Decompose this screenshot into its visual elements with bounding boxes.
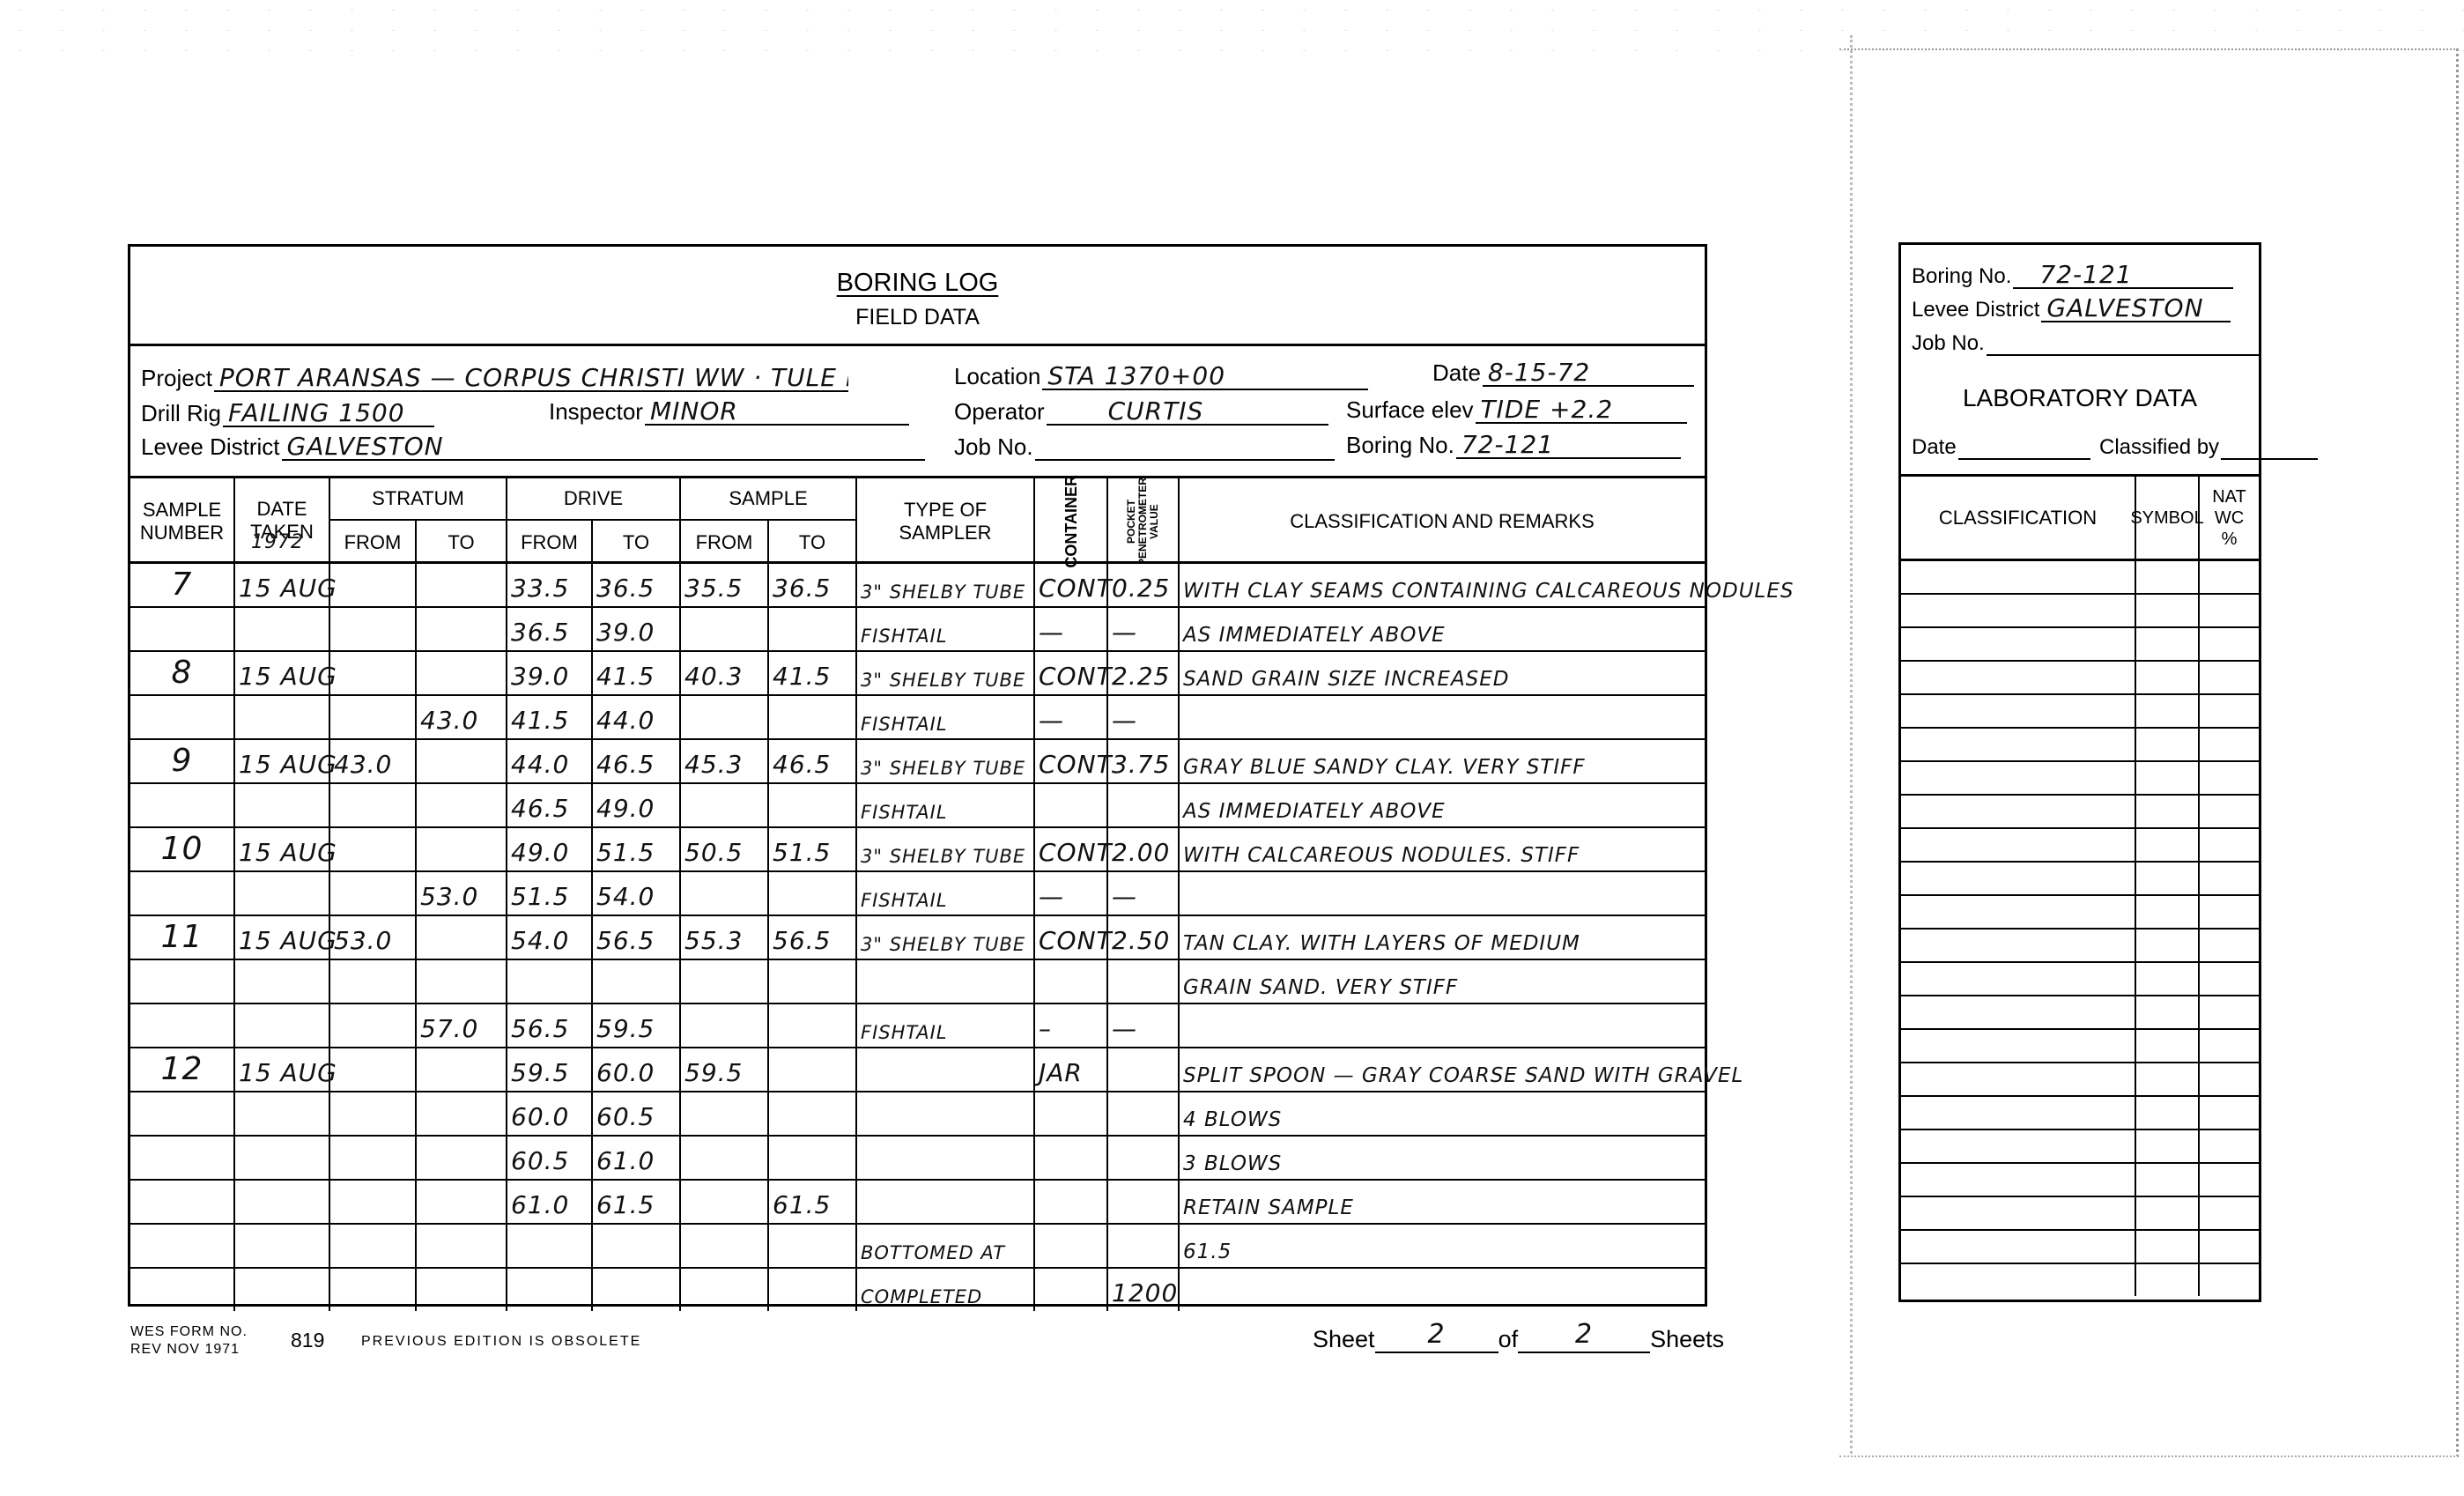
sampler-type-cell[interactable]: COMPLETED (857, 1269, 1035, 1311)
drive-to-cell[interactable]: 49.0 (593, 784, 681, 826)
boring-no-field: Boring No. 72-121 (1346, 431, 1681, 459)
sampler-type-cell[interactable]: FISHTAIL (857, 696, 1035, 738)
drive-to-cell[interactable]: 46.5 (593, 740, 681, 782)
lab-classification-cell[interactable] (1901, 1231, 2136, 1263)
drive-from-cell[interactable] (507, 1225, 593, 1267)
lab-classification-cell[interactable] (1901, 762, 2136, 794)
sample-from-cell[interactable] (681, 1225, 769, 1267)
remarks-cell[interactable]: TAN CLAY. WITH LAYERS OF MEDIUM (1180, 916, 1705, 959)
drive-to-cell[interactable]: 44.0 (593, 696, 681, 738)
lab-classification-cell[interactable] (1901, 1030, 2136, 1062)
boring-no-value[interactable]: 72-121 (1456, 431, 1681, 459)
stratum-to-cell[interactable] (417, 564, 507, 606)
date-taken-cell[interactable] (235, 1269, 330, 1311)
sampler-type-cell[interactable]: 3" SHELBY TUBE (857, 652, 1035, 694)
lab-classification-cell[interactable] (1901, 1130, 2136, 1162)
stratum-to-cell[interactable] (417, 608, 507, 650)
lab-symbol-cell[interactable] (2136, 662, 2200, 693)
sample-from-cell[interactable] (681, 1269, 769, 1311)
lab-symbol-cell[interactable] (2136, 1231, 2200, 1263)
lab-nat-wc-cell[interactable] (2200, 1130, 2259, 1162)
container-cell[interactable] (1035, 1269, 1108, 1311)
lab-classification-cell[interactable] (1901, 1164, 2136, 1196)
container-cell[interactable]: — (1035, 872, 1108, 915)
container-cell[interactable] (1035, 1137, 1108, 1179)
container-cell[interactable]: – (1035, 1004, 1108, 1047)
sample-to-cell[interactable] (769, 1048, 857, 1091)
sample-to-cell[interactable] (769, 784, 857, 826)
lab-nat-wc-cell[interactable] (2200, 762, 2259, 794)
stratum-from-cell[interactable] (330, 872, 417, 915)
remarks-cell[interactable]: 4 BLOWS (1180, 1092, 1705, 1135)
levee-district-value[interactable]: GALVESTON (282, 433, 925, 461)
stratum-to-cell[interactable] (417, 1181, 507, 1223)
lab-classification-cell[interactable] (1901, 729, 2136, 760)
sample-number-cell[interactable] (130, 1269, 235, 1311)
lab-nat-wc-cell[interactable] (2200, 561, 2259, 593)
stratum-to-cell[interactable] (417, 960, 507, 1003)
drive-to-cell[interactable]: 41.5 (593, 652, 681, 694)
drive-to-cell[interactable]: 51.5 (593, 828, 681, 870)
sample-to-cell[interactable]: 36.5 (769, 564, 857, 606)
stratum-to-cell[interactable] (417, 1225, 507, 1267)
lab-classification-cell[interactable] (1901, 1063, 2136, 1095)
lab-nat-wc-cell[interactable] (2200, 863, 2259, 894)
sample-number-cell[interactable] (130, 960, 235, 1003)
sample-to-cell[interactable] (769, 1225, 857, 1267)
stratum-from-cell[interactable] (330, 1269, 417, 1311)
container-cell[interactable]: — (1035, 608, 1108, 650)
lab-nat-wc-cell[interactable] (2200, 1231, 2259, 1263)
sampler-type-cell[interactable] (857, 1048, 1035, 1091)
operator-value[interactable]: CURTIS (1047, 397, 1328, 426)
remarks-cell[interactable]: GRAIN SAND. VERY STIFF (1180, 960, 1705, 1003)
remarks-cell[interactable] (1180, 1269, 1705, 1311)
container-cell[interactable] (1035, 1092, 1108, 1135)
drive-from-cell[interactable]: 49.0 (507, 828, 593, 870)
sampler-type-cell[interactable] (857, 960, 1035, 1003)
sampler-type-cell[interactable]: 3" SHELBY TUBE (857, 564, 1035, 606)
lab-classification-cell[interactable] (1901, 595, 2136, 626)
stratum-to-cell[interactable] (417, 828, 507, 870)
date-value[interactable]: 8-15-72 (1483, 359, 1694, 387)
project-value[interactable]: PORT ARANSAS — CORPUS CHRISTI WW · TULE … (214, 364, 848, 392)
drive-from-cell[interactable] (507, 1269, 593, 1311)
table-row: 61.061.561.5RETAIN SAMPLE (130, 1181, 1705, 1225)
drive-from-cell[interactable]: 56.5 (507, 1004, 593, 1047)
stratum-to-cell[interactable] (417, 1137, 507, 1179)
lab-symbol-cell[interactable] (2136, 896, 2200, 928)
sampler-type-cell[interactable]: FISHTAIL (857, 1004, 1035, 1047)
sample-to-cell[interactable] (769, 696, 857, 738)
drive-from-cell[interactable] (507, 960, 593, 1003)
sample-from-cell[interactable]: 59.5 (681, 1048, 769, 1091)
lab-symbol-cell[interactable] (2136, 695, 2200, 727)
lab-nat-wc-cell[interactable] (2200, 996, 2259, 1028)
drill-rig-value[interactable]: FAILING 1500 (223, 399, 434, 427)
boring-log-form: BORING LOG FIELD DATA Project PORT ARANS… (128, 244, 1707, 1307)
penetrometer-cell[interactable]: — (1108, 872, 1180, 915)
date-taken-cell[interactable] (235, 1092, 330, 1135)
lab-symbol-cell[interactable] (2136, 829, 2200, 861)
penetrometer-cell[interactable] (1108, 1137, 1180, 1179)
inspector-field: Inspector MINOR (549, 397, 909, 426)
container-cell[interactable]: CONT (1035, 652, 1108, 694)
stratum-to-cell[interactable] (417, 1092, 507, 1135)
sampler-type-cell[interactable] (857, 1137, 1035, 1179)
lab-symbol-cell[interactable] (2136, 1164, 2200, 1196)
lab-table-row (1901, 595, 2259, 628)
drive-to-cell[interactable]: 61.0 (593, 1137, 681, 1179)
stratum-from-cell[interactable] (330, 1048, 417, 1091)
lab-symbol-cell[interactable] (2136, 796, 2200, 827)
surface-elev-field: Surface elev TIDE +2.2 (1346, 396, 1687, 424)
penetrometer-cell[interactable]: 3.75 (1108, 740, 1180, 782)
sample-from-cell[interactable] (681, 784, 769, 826)
sample-number-cell[interactable]: 10 (130, 828, 235, 870)
lab-classification-cell[interactable] (1901, 963, 2136, 995)
sheet-number[interactable]: 2 (1375, 1322, 1498, 1353)
drive-from-cell[interactable]: 36.5 (507, 608, 593, 650)
drive-from-cell[interactable]: 60.0 (507, 1092, 593, 1135)
sample-number-cell[interactable]: 9 (130, 740, 235, 782)
date-taken-cell[interactable] (235, 784, 330, 826)
sample-to-cell[interactable] (769, 872, 857, 915)
remarks-cell[interactable] (1180, 696, 1705, 738)
lab-classified-by-value[interactable] (2221, 432, 2318, 460)
sample-from-cell[interactable]: 50.5 (681, 828, 769, 870)
lab-nat-wc-cell[interactable] (2200, 595, 2259, 626)
lab-classification-cell[interactable] (1901, 863, 2136, 894)
penetrometer-cell[interactable]: 2.50 (1108, 916, 1180, 959)
penetrometer-cell[interactable]: — (1108, 696, 1180, 738)
container-cell[interactable]: — (1035, 696, 1108, 738)
lab-col-symbol: SYMBOL (2136, 477, 2200, 559)
sample-from-cell[interactable] (681, 960, 769, 1003)
sampler-type-cell[interactable] (857, 1181, 1035, 1223)
sampler-type-cell[interactable]: 3" SHELBY TUBE (857, 740, 1035, 782)
penetrometer-cell[interactable] (1108, 1048, 1180, 1091)
lab-classification-cell[interactable] (1901, 896, 2136, 928)
lab-nat-wc-cell[interactable] (2200, 929, 2259, 961)
sample-number-cell[interactable]: 7 (130, 564, 235, 606)
penetrometer-cell[interactable]: 2.25 (1108, 652, 1180, 694)
stratum-from-cell[interactable] (330, 564, 417, 606)
date-taken-cell[interactable] (235, 608, 330, 650)
lab-symbol-cell[interactable] (2136, 929, 2200, 961)
sample-from-cell[interactable]: 55.3 (681, 916, 769, 959)
lab-symbol-cell[interactable] (2136, 1063, 2200, 1095)
lab-nat-wc-cell[interactable] (2200, 1264, 2259, 1296)
drive-to-cell[interactable]: 61.5 (593, 1181, 681, 1223)
container-cell[interactable]: CONT (1035, 740, 1108, 782)
sampler-type-cell[interactable]: FISHTAIL (857, 872, 1035, 915)
sample-to-cell[interactable] (769, 1269, 857, 1311)
stratum-from-cell[interactable] (330, 1004, 417, 1047)
container-cell[interactable] (1035, 1225, 1108, 1267)
container-cell[interactable] (1035, 784, 1108, 826)
lab-symbol-cell[interactable] (2136, 595, 2200, 626)
drive-from-cell[interactable]: 54.0 (507, 916, 593, 959)
sample-to-cell[interactable]: 41.5 (769, 652, 857, 694)
drive-to-cell[interactable]: 36.5 (593, 564, 681, 606)
container-cell[interactable] (1035, 1181, 1108, 1223)
lab-symbol-cell[interactable] (2136, 1097, 2200, 1129)
lab-symbol-cell[interactable] (2136, 863, 2200, 894)
penetrometer-cell[interactable] (1108, 784, 1180, 826)
sample-from-cell[interactable]: 40.3 (681, 652, 769, 694)
stratum-from-cell[interactable] (330, 608, 417, 650)
stratum-to-cell[interactable]: 57.0 (417, 1004, 507, 1047)
location-value[interactable]: STA 1370+00 (1042, 362, 1368, 390)
drive-to-cell[interactable]: 39.0 (593, 608, 681, 650)
container-cell[interactable]: JAR (1035, 1048, 1108, 1091)
lab-job-no-value[interactable] (1987, 328, 2260, 356)
sample-from-cell[interactable]: 45.3 (681, 740, 769, 782)
stratum-from-cell[interactable] (330, 1092, 417, 1135)
drive-from-cell[interactable]: 59.5 (507, 1048, 593, 1091)
inspector-value[interactable]: MINOR (645, 397, 909, 426)
lab-nat-wc-cell[interactable] (2200, 1197, 2259, 1229)
drive-from-cell[interactable]: 46.5 (507, 784, 593, 826)
drive-to-cell[interactable]: 56.5 (593, 916, 681, 959)
lab-classification-cell[interactable] (1901, 561, 2136, 593)
lab-table-row (1901, 1231, 2259, 1264)
stratum-to-cell[interactable] (417, 784, 507, 826)
drive-from-cell[interactable]: 61.0 (507, 1181, 593, 1223)
lab-symbol-cell[interactable] (2136, 1264, 2200, 1296)
lab-classification-cell[interactable] (1901, 662, 2136, 693)
sample-from-cell[interactable] (681, 1181, 769, 1223)
lab-classification-cell[interactable] (1901, 1264, 2136, 1296)
remarks-cell[interactable] (1180, 1004, 1705, 1047)
lab-nat-wc-cell[interactable] (2200, 695, 2259, 727)
lab-nat-wc-cell[interactable] (2200, 1097, 2259, 1129)
sample-to-cell[interactable] (769, 608, 857, 650)
lab-nat-wc-cell[interactable] (2200, 1063, 2259, 1095)
penetrometer-cell[interactable]: 0.25 (1108, 564, 1180, 606)
penetrometer-cell[interactable]: — (1108, 608, 1180, 650)
penetrometer-cell[interactable]: 2.00 (1108, 828, 1180, 870)
lab-classification-cell[interactable] (1901, 796, 2136, 827)
lab-symbol-cell[interactable] (2136, 996, 2200, 1028)
sample-number-cell[interactable]: 12 (130, 1048, 235, 1091)
lab-nat-wc-cell[interactable] (2200, 628, 2259, 660)
sample-from-cell[interactable]: 35.5 (681, 564, 769, 606)
stratum-from-cell[interactable] (330, 1137, 417, 1179)
lab-symbol-cell[interactable] (2136, 1197, 2200, 1229)
stratum-from-cell[interactable] (330, 784, 417, 826)
date-taken-cell[interactable]: 15 AUG (235, 916, 330, 959)
drive-from-cell[interactable]: 44.0 (507, 740, 593, 782)
lab-nat-wc-cell[interactable] (2200, 1030, 2259, 1062)
drive-to-cell[interactable]: 54.0 (593, 872, 681, 915)
drive-from-cell[interactable]: 60.5 (507, 1137, 593, 1179)
date-taken-cell[interactable]: 15 AUG (235, 564, 330, 606)
sample-number-cell[interactable] (130, 1092, 235, 1135)
sample-number-cell[interactable]: 8 (130, 652, 235, 694)
date-taken-cell[interactable]: 15 AUG (235, 652, 330, 694)
lab-symbol-cell[interactable] (2136, 729, 2200, 760)
lab-nat-wc-cell[interactable] (2200, 1164, 2259, 1196)
penetrometer-cell[interactable] (1108, 960, 1180, 1003)
sheet-total[interactable]: 2 (1518, 1322, 1650, 1353)
stratum-from-cell[interactable] (330, 696, 417, 738)
penetrometer-cell[interactable]: 1200 (1108, 1269, 1180, 1311)
sampler-type-cell[interactable]: 3" SHELBY TUBE (857, 916, 1035, 959)
remarks-cell[interactable]: WITH CALCAREOUS NODULES. STIFF (1180, 828, 1705, 870)
lab-classification-cell[interactable] (1901, 1197, 2136, 1229)
date-taken-cell[interactable] (235, 1004, 330, 1047)
sample-number-cell[interactable] (130, 696, 235, 738)
lab-symbol-cell[interactable] (2136, 628, 2200, 660)
lab-date-value[interactable] (1958, 432, 2090, 460)
stratum-from-cell[interactable] (330, 960, 417, 1003)
drive-from-cell[interactable]: 51.5 (507, 872, 593, 915)
container-cell[interactable]: CONT (1035, 828, 1108, 870)
lab-symbol-cell[interactable] (2136, 561, 2200, 593)
remarks-cell[interactable]: 61.5 (1180, 1225, 1705, 1267)
stratum-from-cell[interactable] (330, 652, 417, 694)
drive-from-cell[interactable]: 33.5 (507, 564, 593, 606)
drive-to-cell[interactable]: 60.0 (593, 1048, 681, 1091)
job-no-value[interactable] (1035, 433, 1335, 461)
sample-from-cell[interactable] (681, 1137, 769, 1179)
sample-from-cell[interactable] (681, 1004, 769, 1047)
lab-symbol-cell[interactable] (2136, 963, 2200, 995)
penetrometer-cell[interactable] (1108, 1225, 1180, 1267)
col-type-of-sampler: TYPE OF SAMPLER (857, 478, 1035, 564)
lab-classification-cell[interactable] (1901, 1097, 2136, 1129)
sample-to-cell[interactable]: 56.5 (769, 916, 857, 959)
drive-from-cell[interactable]: 39.0 (507, 652, 593, 694)
drive-from-cell[interactable]: 41.5 (507, 696, 593, 738)
remarks-cell[interactable]: RETAIN SAMPLE (1180, 1181, 1705, 1223)
penetrometer-cell[interactable] (1108, 1092, 1180, 1135)
sampler-type-cell[interactable]: BOTTOMED AT (857, 1225, 1035, 1267)
date-taken-cell[interactable] (235, 696, 330, 738)
lab-classification-cell[interactable] (1901, 695, 2136, 727)
container-cell[interactable]: CONT (1035, 916, 1108, 959)
sample-number-cell[interactable]: 11 (130, 916, 235, 959)
sampler-type-cell[interactable]: FISHTAIL (857, 608, 1035, 650)
drive-to-cell[interactable] (593, 960, 681, 1003)
col-group-drive: DRIVE (507, 478, 681, 521)
remarks-cell[interactable]: 3 BLOWS (1180, 1137, 1705, 1179)
date-taken-cell[interactable] (235, 960, 330, 1003)
sampler-type-cell[interactable] (857, 1092, 1035, 1135)
drive-to-cell[interactable] (593, 1225, 681, 1267)
remarks-cell[interactable]: WITH CLAY SEAMS CONTAINING CALCAREOUS NO… (1180, 564, 1705, 606)
penetrometer-cell[interactable]: — (1108, 1004, 1180, 1047)
remarks-cell[interactable]: AS IMMEDIATELY ABOVE (1180, 784, 1705, 826)
stratum-to-cell[interactable]: 53.0 (417, 872, 507, 915)
sampler-type-cell[interactable]: FISHTAIL (857, 784, 1035, 826)
drive-to-cell[interactable]: 59.5 (593, 1004, 681, 1047)
sample-to-cell[interactable]: 51.5 (769, 828, 857, 870)
stratum-to-cell[interactable] (417, 916, 507, 959)
sample-to-cell[interactable]: 46.5 (769, 740, 857, 782)
container-cell[interactable] (1035, 960, 1108, 1003)
lab-symbol-cell[interactable] (2136, 1130, 2200, 1162)
remarks-cell[interactable] (1180, 872, 1705, 915)
stratum-from-cell[interactable]: 53.0 (330, 916, 417, 959)
sample-number-cell[interactable] (130, 784, 235, 826)
drive-to-cell[interactable]: 60.5 (593, 1092, 681, 1135)
remarks-cell[interactable]: AS IMMEDIATELY ABOVE (1180, 608, 1705, 650)
remarks-cell[interactable]: SPLIT SPOON — GRAY COARSE SAND WITH GRAV… (1180, 1048, 1705, 1091)
lab-boring-no-value[interactable]: 72-121 (2013, 261, 2233, 289)
lab-nat-wc-cell[interactable] (2200, 729, 2259, 760)
date-taken-cell[interactable] (235, 1225, 330, 1267)
stratum-to-cell[interactable] (417, 652, 507, 694)
lab-nat-wc-cell[interactable] (2200, 963, 2259, 995)
stratum-from-cell[interactable]: 43.0 (330, 740, 417, 782)
remarks-cell[interactable]: GRAY BLUE SANDY CLAY. VERY STIFF (1180, 740, 1705, 782)
table-row: 1115 AUG53.054.056.555.356.53" SHELBY TU… (130, 916, 1705, 960)
sample-number-cell[interactable] (130, 1137, 235, 1179)
stratum-from-cell[interactable] (330, 1225, 417, 1267)
lab-nat-wc-cell[interactable] (2200, 662, 2259, 693)
sample-to-cell[interactable] (769, 1004, 857, 1047)
sampler-type-cell[interactable]: 3" SHELBY TUBE (857, 828, 1035, 870)
drive-to-cell[interactable] (593, 1269, 681, 1311)
lab-classification-cell[interactable] (1901, 628, 2136, 660)
sample-to-cell[interactable] (769, 1092, 857, 1135)
penetrometer-cell[interactable] (1108, 1181, 1180, 1223)
container-cell[interactable]: CONT (1035, 564, 1108, 606)
sample-from-cell[interactable] (681, 608, 769, 650)
stratum-to-cell[interactable] (417, 1048, 507, 1091)
sample-to-cell[interactable] (769, 960, 857, 1003)
stratum-to-cell[interactable] (417, 740, 507, 782)
lab-symbol-cell[interactable] (2136, 1030, 2200, 1062)
lab-classification-cell[interactable] (1901, 996, 2136, 1028)
sample-number-cell[interactable] (130, 872, 235, 915)
sample-number-cell[interactable] (130, 1004, 235, 1047)
lab-classification-cell[interactable] (1901, 929, 2136, 961)
sample-number-cell[interactable] (130, 1181, 235, 1223)
date-taken-cell[interactable]: 15 AUG (235, 828, 330, 870)
sheet-counter: Sheet 2 of 2 Sheets (1313, 1322, 1724, 1353)
lab-levee-district-value[interactable]: GALVESTON (2041, 294, 2231, 322)
lab-classification-cell[interactable] (1901, 829, 2136, 861)
lab-nat-wc-cell[interactable] (2200, 796, 2259, 827)
sample-from-cell[interactable] (681, 872, 769, 915)
date-taken-cell[interactable]: 15 AUG (235, 1048, 330, 1091)
sample-number-cell[interactable] (130, 1225, 235, 1267)
date-taken-cell[interactable] (235, 872, 330, 915)
lab-nat-wc-cell[interactable] (2200, 829, 2259, 861)
sample-to-cell[interactable] (769, 1137, 857, 1179)
date-taken-cell[interactable] (235, 1137, 330, 1179)
date-taken-cell[interactable] (235, 1181, 330, 1223)
sample-from-cell[interactable] (681, 696, 769, 738)
surface-elev-value[interactable]: TIDE +2.2 (1476, 396, 1687, 424)
lab-symbol-cell[interactable] (2136, 762, 2200, 794)
remarks-cell[interactable]: SAND GRAIN SIZE INCREASED (1180, 652, 1705, 694)
sample-from-cell[interactable] (681, 1092, 769, 1135)
lab-nat-wc-cell[interactable] (2200, 896, 2259, 928)
stratum-from-cell[interactable] (330, 1181, 417, 1223)
date-taken-cell[interactable]: 15 AUG (235, 740, 330, 782)
stratum-from-cell[interactable] (330, 828, 417, 870)
stratum-to-cell[interactable]: 43.0 (417, 696, 507, 738)
table-row: 715 AUG33.536.535.536.53" SHELBY TUBECON… (130, 564, 1705, 608)
sample-to-cell[interactable]: 61.5 (769, 1181, 857, 1223)
sample-number-cell[interactable] (130, 608, 235, 650)
stratum-to-cell[interactable] (417, 1269, 507, 1311)
